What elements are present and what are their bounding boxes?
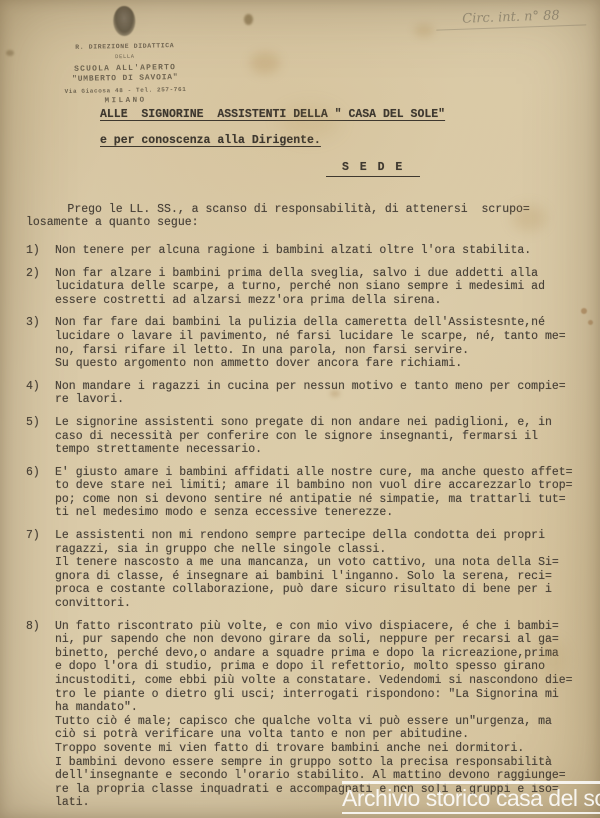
stain bbox=[588, 320, 593, 325]
item-number: 5) bbox=[26, 416, 55, 457]
cc-line: e per conoscenza alla Dirigente. bbox=[100, 134, 588, 148]
directive-item-6: 6) E' giusto amare i bambini affidati al… bbox=[26, 466, 588, 520]
stain bbox=[6, 50, 14, 56]
stain bbox=[250, 52, 280, 74]
document-page: R. DIREZIONE DIDATTICA DELLA SCUOLA ALL'… bbox=[0, 0, 600, 818]
document-body: ALLE SIGNORINE ASSISTENTI DELLA " CASA D… bbox=[26, 108, 588, 818]
item-text: Le assistenti non mi rendono sempre part… bbox=[55, 529, 588, 611]
letterhead-school-name: "UMBERTO DI SAVOIA" bbox=[36, 72, 214, 85]
directive-item-8: 8) Un fatto riscontrato più volte, e con… bbox=[26, 620, 588, 810]
item-number: 3) bbox=[26, 316, 55, 370]
handwritten-annotation: Circ. int. n° 88 bbox=[436, 7, 587, 30]
item-text: Non tenere per alcuna ragione i bambini … bbox=[55, 244, 588, 258]
intro-paragraph: Prego le LL. SS., a scanso di responsabi… bbox=[26, 203, 588, 230]
letterhead-line: DELLA bbox=[36, 50, 214, 63]
item-text: Non far fare dai bambini la pulizia dell… bbox=[55, 316, 588, 370]
item-text: E' giusto amare i bambini affidati alle … bbox=[55, 466, 588, 520]
item-text: Non far alzare i bambini prima della sve… bbox=[55, 267, 588, 308]
item-text: Non mandare i ragazzi in cucina per ness… bbox=[55, 380, 588, 407]
destination-sede: S E D E bbox=[326, 161, 420, 177]
item-number: 8) bbox=[26, 620, 55, 810]
letterhead-city: MILANO bbox=[37, 94, 215, 107]
letterhead: R. DIREZIONE DIDATTICA DELLA SCUOLA ALL'… bbox=[35, 4, 215, 119]
item-number: 4) bbox=[26, 380, 55, 407]
directive-item-7: 7) Le assistenti non mi rendono sempre p… bbox=[26, 529, 588, 611]
item-text: Le signorine assistenti sono pregate di … bbox=[55, 416, 588, 457]
directive-item-4: 4) Non mandare i ragazzi in cucina per n… bbox=[26, 380, 588, 407]
school-crest-icon bbox=[113, 6, 136, 36]
directive-item-2: 2) Non far alzare i bambini prima della … bbox=[26, 267, 588, 308]
stain bbox=[244, 14, 253, 25]
directive-item-5: 5) Le signorine assistenti sono pregate … bbox=[26, 416, 588, 457]
item-text: Un fatto riscontrato più volte, e con mi… bbox=[55, 620, 588, 810]
item-number: 6) bbox=[26, 466, 55, 520]
document-title: ALLE SIGNORINE ASSISTENTI DELLA " CASA D… bbox=[100, 108, 588, 122]
stain bbox=[414, 24, 434, 37]
directive-item-1: 1) Non tenere per alcuna ragione i bambi… bbox=[26, 244, 588, 258]
directive-list: 1) Non tenere per alcuna ragione i bambi… bbox=[26, 244, 588, 810]
item-number: 1) bbox=[26, 244, 55, 258]
item-number: 2) bbox=[26, 267, 55, 308]
item-number: 7) bbox=[26, 529, 55, 611]
directive-item-3: 3) Non far fare dai bambini la pulizia d… bbox=[26, 316, 588, 370]
